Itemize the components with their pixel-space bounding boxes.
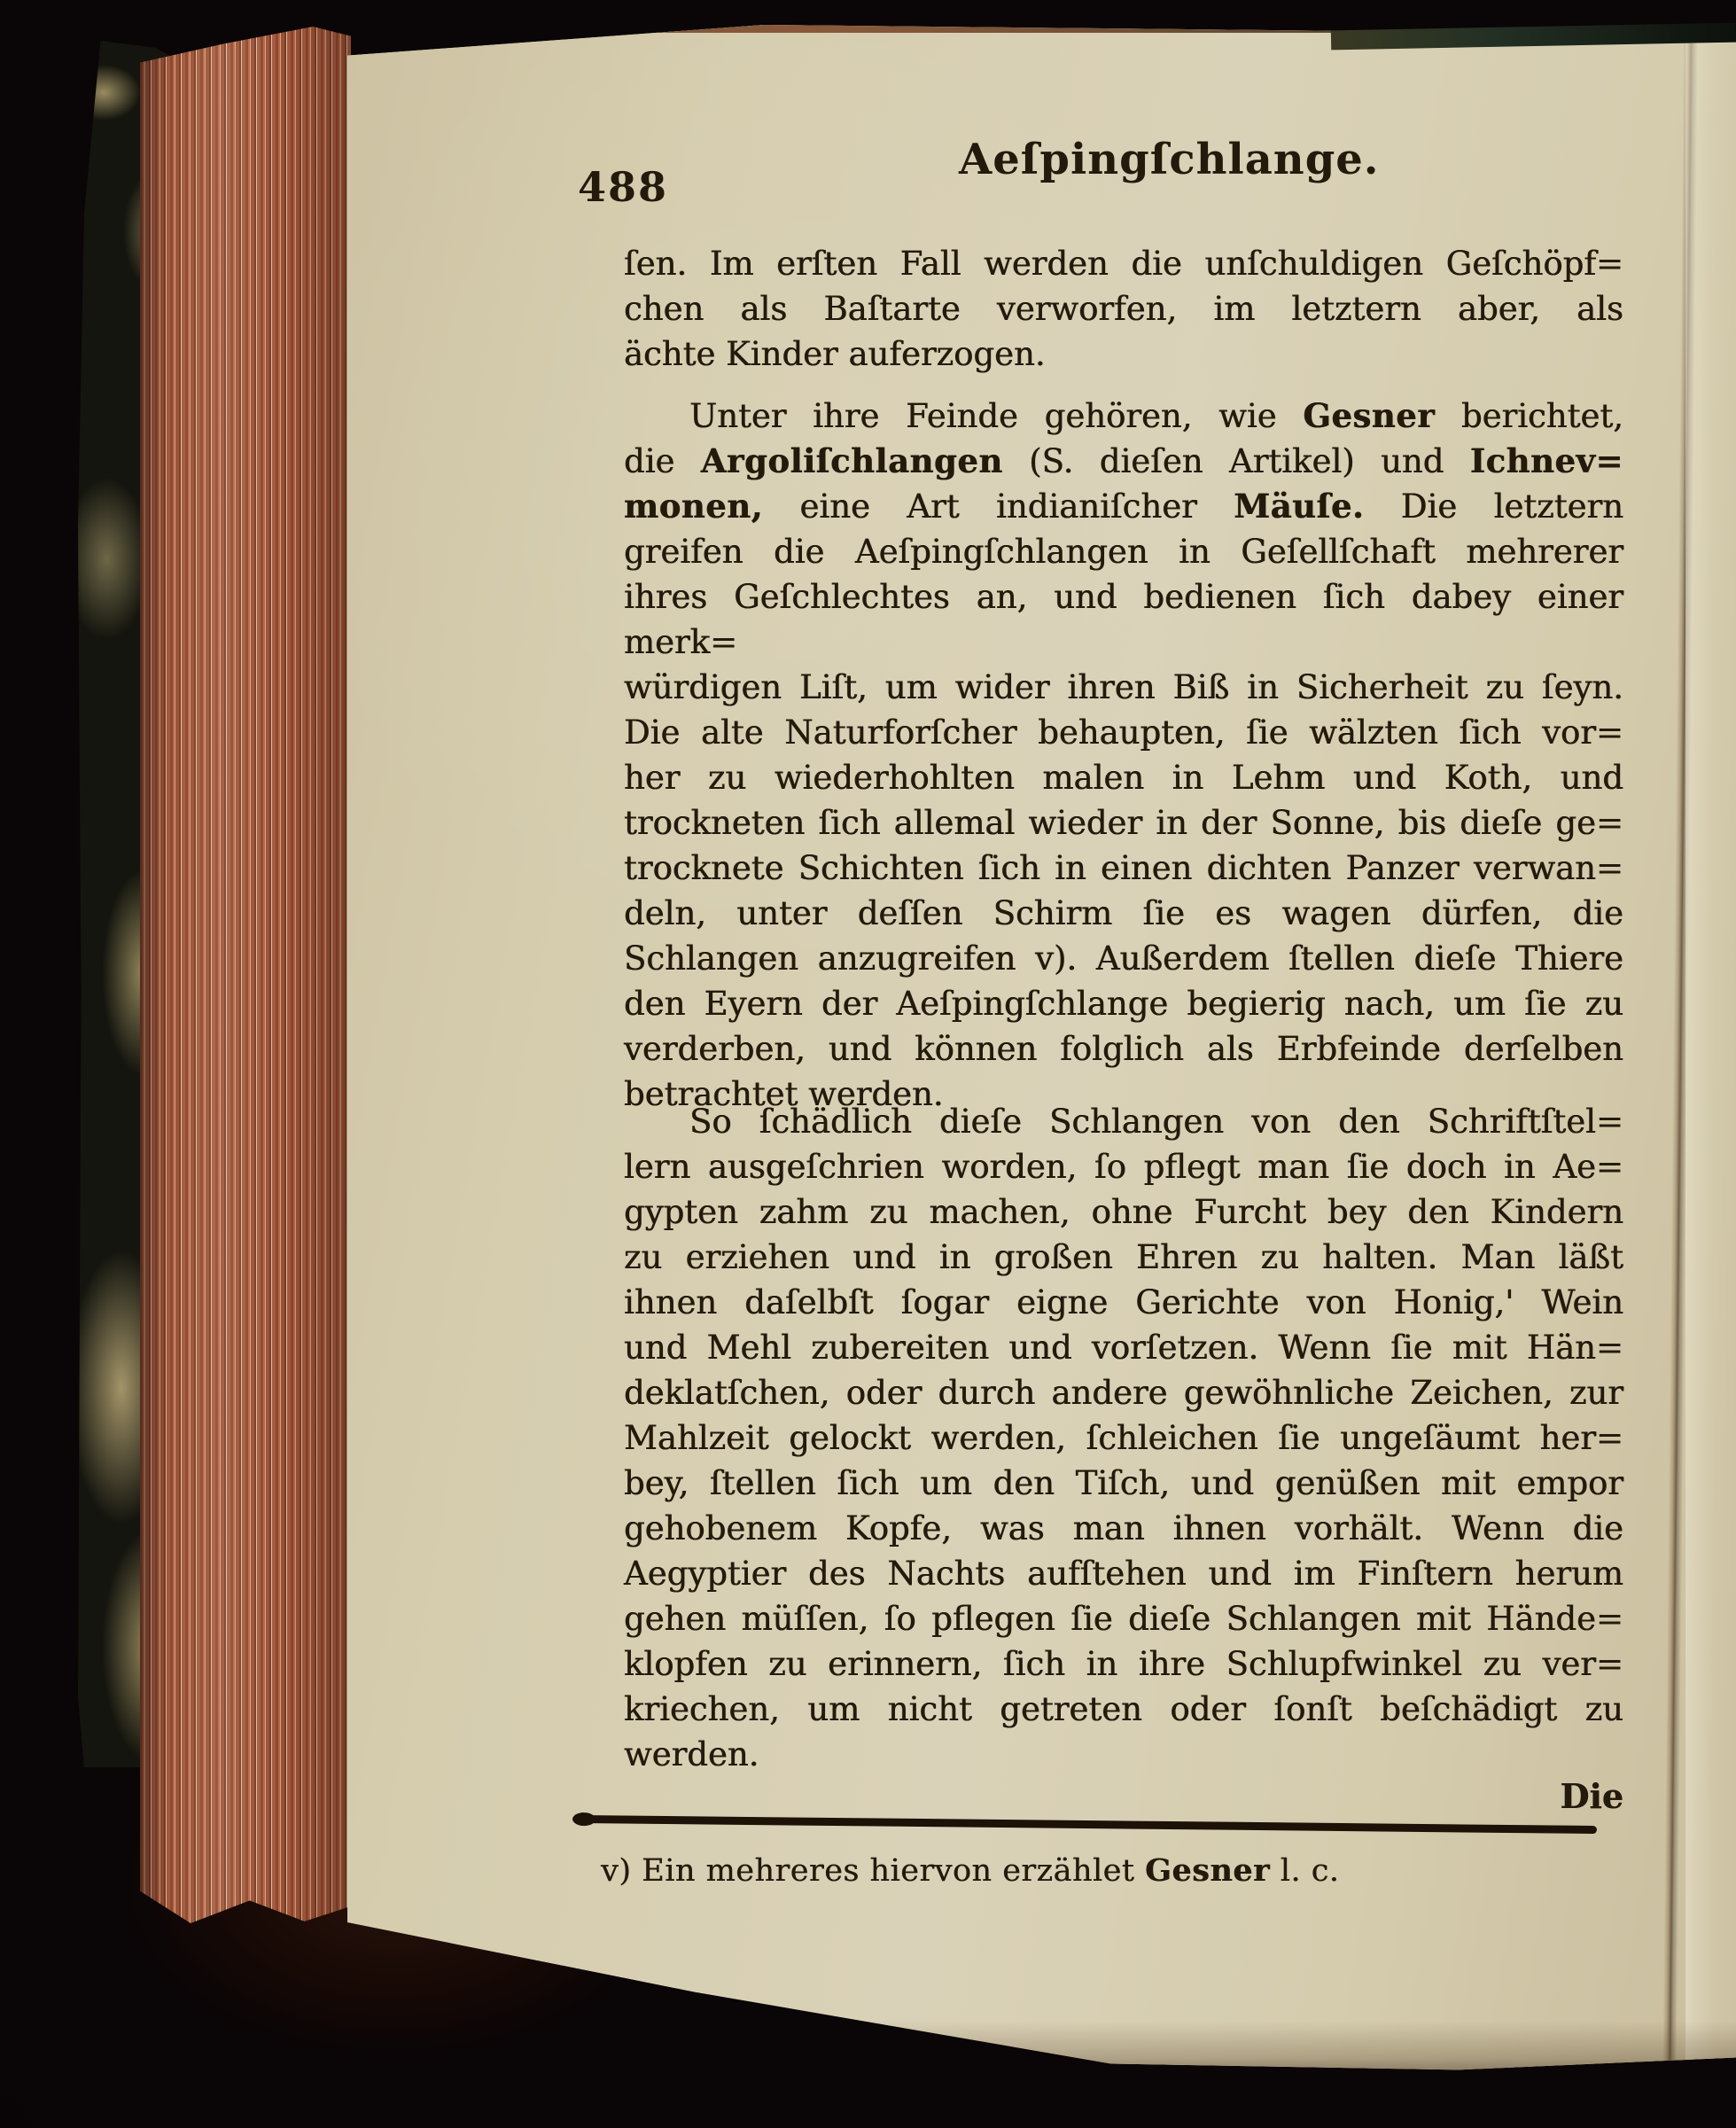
text-line: klopfen zu erinnern, ſich in ihre Schlup… <box>624 1641 1623 1687</box>
text-line: Aegyptier des Nachts aufſtehen und im Fi… <box>624 1551 1623 1596</box>
text-line: die Argoliſchlangen (S. dieſen Artikel) … <box>624 439 1623 484</box>
text-line: trockneten ſich allemal wieder in der So… <box>624 800 1623 846</box>
text-line: deln, unter deſſen Schirm ſie es wagen d… <box>624 891 1623 936</box>
text-line: gehobenem Kopfe, was man ihnen vorhält. … <box>624 1506 1623 1551</box>
paragraph: Unter ihre Feinde gehören, wie Gesner be… <box>624 394 1623 1117</box>
page-block-fore-edge <box>140 27 351 1923</box>
book-photo: 488 Aeſpingſchlange. ſen. Im erſten Fall… <box>0 0 1736 2128</box>
text-line: trocknete Schichten ſich in einen dichte… <box>624 846 1623 891</box>
book-page: 488 Aeſpingſchlange. ſen. Im erſten Fall… <box>347 25 1736 2074</box>
footnote-rule <box>576 1815 1597 1834</box>
text-line: und Mehl zubereiten und vorſetzen. Wenn … <box>624 1325 1623 1370</box>
text-line: deklatſchen, oder durch andere gewöhnlic… <box>624 1370 1623 1415</box>
text-line: zu erziehen und in großen Ehren zu halte… <box>624 1235 1623 1280</box>
text-line: den Eyern der Aeſpingſchlange begierig n… <box>624 981 1623 1026</box>
text-line: ächte Kinder auferzogen. <box>624 331 1623 377</box>
text-line: chen als Baſtarte verworfen, im letztern… <box>624 286 1623 331</box>
text-line: Schlangen anzugreifen v). Außerdem ſtell… <box>624 936 1623 981</box>
text-line: werden. <box>624 1732 1623 1777</box>
text-line: bey, ſtellen ſich um den Tiſch, und genü… <box>624 1461 1623 1506</box>
paragraph: So ſchädlich dieſe Schlangen von den Sch… <box>624 1099 1623 1777</box>
paragraph: ſen. Im erſten Fall werden die unſchuldi… <box>624 241 1623 377</box>
text-line: Die alte Naturforſcher behaupten, ſie wä… <box>624 710 1623 755</box>
text-line: ihnen daſelbſt ſogar eigne Gerichte von … <box>624 1280 1623 1325</box>
catchword: Die <box>624 1776 1623 1816</box>
text-line: gypten zahm zu machen, ohne Furcht bey d… <box>624 1189 1623 1235</box>
page-title: Aeſpingſchlange. <box>959 135 1380 184</box>
text-line: lern ausgeſchrien worden, ſo pflegt man … <box>624 1144 1623 1189</box>
text-line: So ſchädlich dieſe Schlangen von den Sch… <box>624 1099 1623 1144</box>
text-line: monen, eine Art indianiſcher Mäuſe. Die … <box>624 484 1623 529</box>
text-line: Mahlzeit gelockt werden, ſchleichen ſie … <box>624 1415 1623 1461</box>
text-line: verderben, und können folglich als Erbfe… <box>624 1026 1623 1072</box>
text-line: ſen. Im erſten Fall werden die unſchuldi… <box>624 241 1623 286</box>
text-line: Unter ihre Feinde gehören, wie Gesner be… <box>624 394 1623 439</box>
text-line: her zu wiederhohlten malen in Lehm und K… <box>624 755 1623 800</box>
page-number: 488 <box>578 163 668 211</box>
footnote-text: v) Ein mehreres hiervon erzählet Gesner … <box>601 1852 1646 1889</box>
text-line: würdigen Liſt, um wider ihren Biß in Sic… <box>624 665 1623 710</box>
text-line: greifen die Aeſpingſchlangen in Geſellſc… <box>624 529 1623 574</box>
text-line: kriechen, um nicht getreten oder ſonſt b… <box>624 1687 1623 1732</box>
curled-page-edge <box>1685 25 1736 2074</box>
text-line: gehen müſſen, ſo pflegen ſie dieſe Schla… <box>624 1596 1623 1641</box>
text-line: ihres Geſchlechtes an, und bedienen ſich… <box>624 574 1623 665</box>
